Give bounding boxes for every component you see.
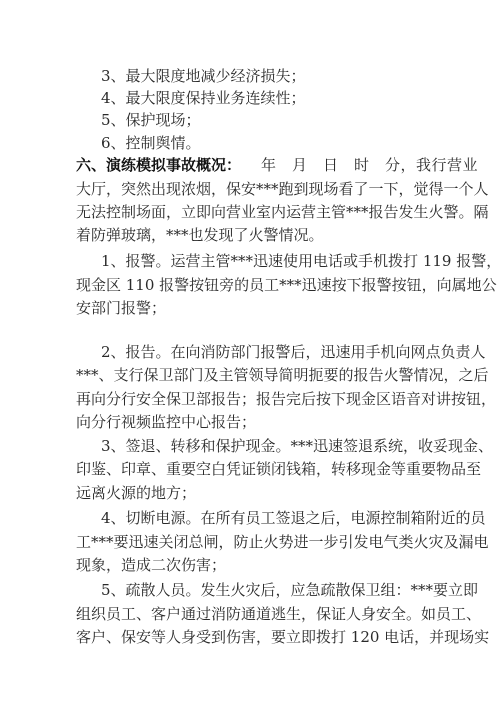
paragraph-line: 无法控制场面，立即向营业室内运营主管***报告发生火警。隔 bbox=[76, 201, 422, 223]
document-page: 3、最大限度地减少经济损失； 4、最大限度保持业务连续性； 5、保护现场； 6、… bbox=[0, 0, 500, 708]
list-item: 6、控制舆情。 bbox=[101, 132, 422, 154]
list-item: 5、保护现场； bbox=[101, 109, 422, 131]
list-item: 4、最大限度保持业务连续性； bbox=[101, 87, 422, 109]
step-line: 1、报警。运营主管***迅速使用电话或手机拨打 119 报警， bbox=[101, 250, 422, 272]
section-heading-line: 六、演练模拟事故概况：年 月 日 时 分，我行营业 bbox=[76, 154, 422, 176]
section-heading: 六、演练模拟事故概况： bbox=[76, 156, 241, 174]
step-line: ***、支行保卫部门及主管领导简明扼要的报告火警情况，之后 bbox=[76, 364, 422, 386]
step-line: 3、签退、转移和保护现金。***迅速签退系统，收妥现金、 bbox=[101, 435, 422, 457]
step-line: 工***要迅速关闭总闸，防止火势进一步引发电气类火灾及漏电 bbox=[76, 531, 422, 553]
step-line: 印鉴、印章、重要空白凭证锁闭钱箱，转移现金等重要物品至 bbox=[76, 458, 422, 480]
step-line: 5、疏散人员。发生火灾后，应急疏散保卫组：***要立即 bbox=[101, 579, 422, 601]
paragraph-line: 大厅，突然出现浓烟，保安***跑到现场看了一下，觉得一个人 bbox=[76, 178, 422, 200]
step-line: 安部门报警； bbox=[76, 297, 422, 319]
step-line: 组织员工、客户通过消防通道逃生，保证人身安全。如员工、 bbox=[76, 603, 422, 625]
paragraph-line: 着防弹玻璃，***也发现了火警情况。 bbox=[76, 224, 422, 246]
step-line: 4、切断电源。在所有员工签退之后，电源控制箱附近的员 bbox=[101, 507, 422, 529]
heading-line-text: 年 月 日 时 分，我行营业 bbox=[261, 156, 478, 174]
list-item: 3、最大限度地减少经济损失； bbox=[101, 65, 422, 87]
step-line: 现象，造成二次伤害； bbox=[76, 554, 422, 576]
step-line: 客户、保安等人身受到伤害，要立即拨打 120 电话，并现场实 bbox=[76, 626, 422, 648]
step-line: 向分行视频监控中心报告； bbox=[76, 411, 422, 433]
step-line: 2、报告。在向消防部门报警后，迅速用手机向网点负责人 bbox=[101, 341, 422, 363]
step-line: 远离火源的地方； bbox=[76, 482, 422, 504]
step-line: 再向分行安全保卫部报告；报告完后按下现金区语音对讲按钮， bbox=[76, 388, 422, 410]
step-line: 现金区 110 报警按钮旁的员工***迅速按下报警按钮，向属地公 bbox=[76, 274, 422, 296]
